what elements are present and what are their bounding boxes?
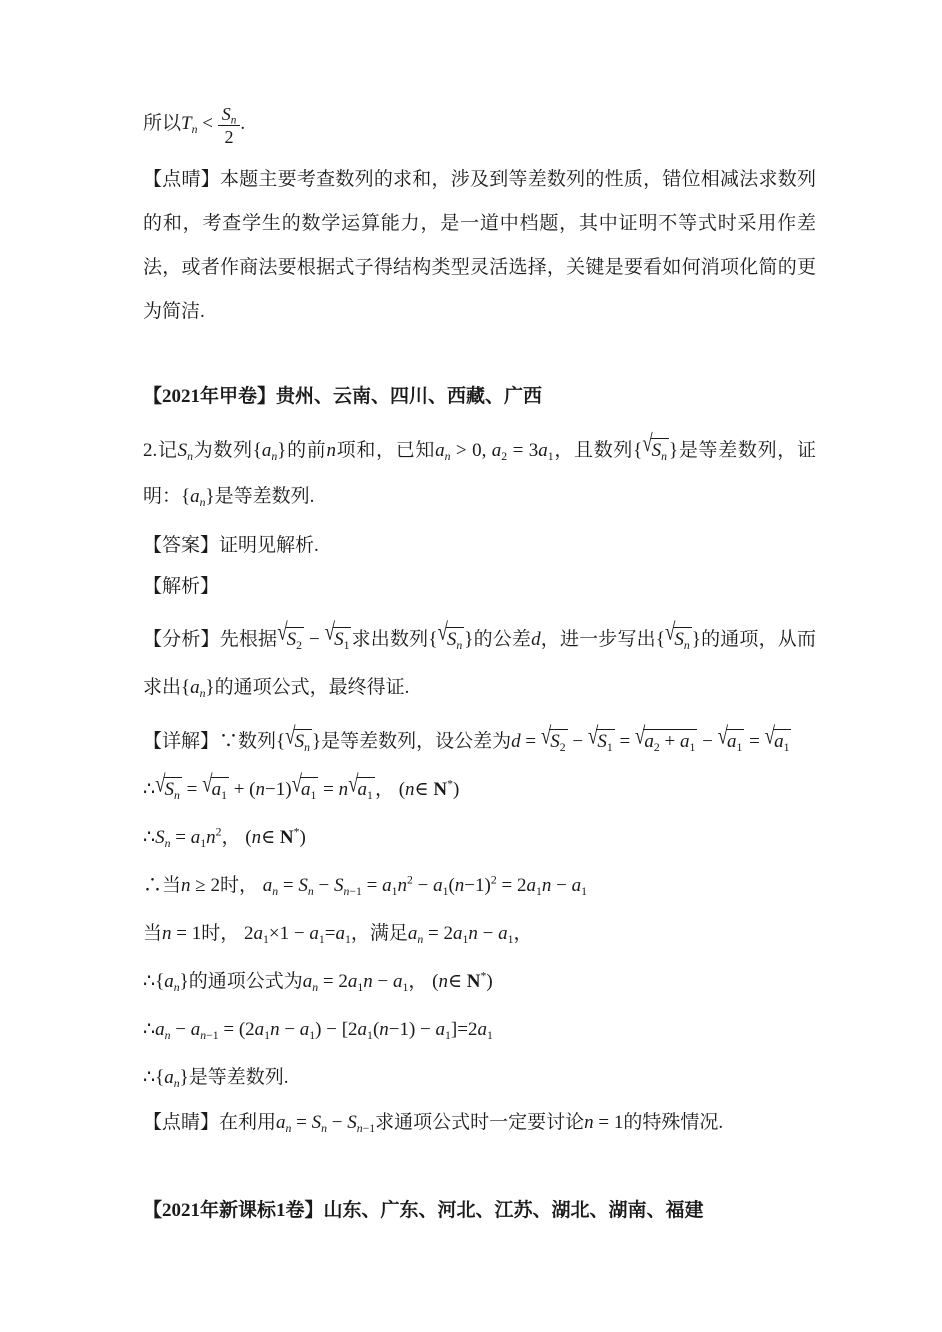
sqrt-radical: √Sn xyxy=(285,731,312,752)
math-run: Sn xyxy=(178,440,193,461)
math-run: {an} xyxy=(181,677,215,698)
text-run: ， xyxy=(408,971,432,992)
detail-line-7: ∴an − an−1 = (2a1n − a1) − [2a1(n−1) − a… xyxy=(143,1012,816,1047)
section-header-2021-xinkebiao: 【2021年新课标1卷】山东、广东、河北、江苏、湖北、湖南、福建 xyxy=(143,1198,816,1224)
text-run: 【分析】先根据 xyxy=(143,629,277,650)
math-run: (n∈ N*) xyxy=(399,779,460,800)
text-run: 项和，已知 xyxy=(336,440,435,461)
text-run: 【2021年甲卷】贵州、云南、四川、西藏、广西 xyxy=(143,386,542,407)
math-run: Tn < Sn2 xyxy=(181,113,240,134)
sqrt-radical: √S2 xyxy=(541,731,568,752)
sqrt-radical: √a1 xyxy=(348,779,375,800)
text-run: 是等差数列，设公差为 xyxy=(321,731,511,752)
math-run: {an} xyxy=(155,1067,189,1088)
analysis-paragraph: 【分析】先根据√S2 − √S1求出数列{√Sn}的公差d，进一步写出{√Sn}… xyxy=(143,616,816,712)
detail-line-2: ∴√Sn = √a1 + (n−1)√a1 = n√a1， (n∈ N*) xyxy=(143,772,816,807)
text-run: 的通项公式为 xyxy=(189,971,303,992)
text-run: 是等差数列. xyxy=(189,1067,289,1088)
sqrt-radical: √a1 xyxy=(292,779,319,800)
math-run: an = 2a1n − a1 xyxy=(303,971,409,992)
detail-line-3: ∴Sn = a1n2， (n∈ N*) xyxy=(143,820,816,855)
detail-line-8: ∴{an}是等差数列. xyxy=(143,1060,816,1095)
sqrt-radical: √S1 xyxy=(588,731,615,752)
sqrt-radical: √S2 xyxy=(277,629,304,650)
text-run: ， xyxy=(513,923,532,944)
detail-line-4: ∴当n ≥ 2时， an = Sn − Sn−1 = a1n2 − a1(n−1… xyxy=(143,868,816,903)
text-run: 【点晴】本题主要考查数列的求和，涉及到等差数列的性质，错位相减法求数列的和，考查… xyxy=(143,169,816,322)
text-run: 的前 xyxy=(286,440,326,461)
text-run: 的通项公式，最终得证. xyxy=(215,677,410,698)
conclusion-line: 所以Tn < Sn2. xyxy=(143,104,816,148)
detail-line-1: 【详解】∵数列{√Sn}是等差数列，设公差为d = √S2 − √S1 = √a… xyxy=(143,724,816,759)
text-run: 的特殊情况. xyxy=(623,1112,723,1133)
sqrt-radical: √Sn xyxy=(437,629,464,650)
text-run: ，进一步写出 xyxy=(541,629,656,650)
sqrt-radical: √S1 xyxy=(325,629,352,650)
sqrt-radical: √a2 + a1 xyxy=(635,731,697,752)
text-run: 求通项公式时一定要讨论 xyxy=(375,1112,584,1133)
remark-paragraph: 【点晴】本题主要考查数列的求和，涉及到等差数列的性质，错位相减法求数列的和，考查… xyxy=(143,158,816,334)
math-run: n xyxy=(326,440,336,461)
math-run: {√Sn} xyxy=(276,731,321,752)
final-remark: 【点睛】在利用an = Sn − Sn−1求通项公式时一定要讨论n = 1的特殊… xyxy=(143,1108,816,1138)
document-page: 所以Tn < Sn2. 【点晴】本题主要考查数列的求和，涉及到等差数列的性质，错… xyxy=(0,0,942,1332)
text-run: ，满足 xyxy=(351,923,408,944)
sqrt-radical: √Sn xyxy=(665,629,692,650)
math-run: {an} xyxy=(253,440,287,461)
text-run: 【答案】证明见解析. xyxy=(143,535,319,556)
math-run: an = Sn − Sn−1 xyxy=(276,1112,375,1133)
problem-2-statement: 2.记Sn为数列{an}的前n项和，已知an > 0, a2 = 3a1，且数列… xyxy=(143,428,816,520)
math-run: (n∈ N*) xyxy=(432,971,493,992)
math-run: 2a1×1 − a1=a1 xyxy=(244,923,351,944)
math-run: {√Sn} xyxy=(656,629,701,650)
text-run: 【2021年新课标1卷】山东、广东、河北、江苏、湖北、湖南、福建 xyxy=(143,1200,704,1221)
math-run: an > 0, a2 = 3a1 xyxy=(435,440,554,461)
math-run: {√Sn} xyxy=(633,440,678,461)
text-run: ∴ xyxy=(143,1019,155,1040)
sqrt-radical: √Sn xyxy=(155,779,182,800)
sqrt-radical: √a1 xyxy=(718,731,745,752)
text-run: ∴ xyxy=(143,779,155,800)
text-run: ∴当 xyxy=(143,875,181,896)
text-run: ， xyxy=(221,827,245,848)
math-run: an = 2a1n − a1 xyxy=(408,923,514,944)
sqrt-radical: √a1 xyxy=(765,731,792,752)
text-run: ∴ xyxy=(143,827,155,848)
sqrt-radical: √Sn xyxy=(642,440,669,461)
analysis-label: 【解析】 xyxy=(143,575,816,599)
math-run: an − an−1 = (2a1n − a1) − [2a1(n−1) − a1… xyxy=(155,1019,493,1040)
text-run: 的公差 xyxy=(473,629,531,650)
text-run: 时， xyxy=(220,875,263,896)
section-header-2021-jia: 【2021年甲卷】贵州、云南、四川、西藏、广西 xyxy=(143,384,816,410)
math-run: n ≥ 2 xyxy=(181,875,220,896)
text-run: 求出数列 xyxy=(351,629,428,650)
math-run: n = 1 xyxy=(584,1112,623,1133)
math-run: {an} xyxy=(181,486,215,507)
text-run: ∴ xyxy=(143,1067,155,1088)
math-run: √S2 − √S1 xyxy=(277,629,351,650)
math-run: d xyxy=(531,629,541,650)
text-run: ，且数列 xyxy=(554,440,633,461)
text-run: 【详解】∵数列 xyxy=(143,731,276,752)
answer-line: 【答案】证明见解析. xyxy=(143,534,816,558)
math-run: Sn = a1n2 xyxy=(155,827,221,848)
text-run: ∴ xyxy=(143,971,155,992)
math-run: {an} xyxy=(155,971,189,992)
text-run: 2.记 xyxy=(143,440,178,461)
text-run: 【解析】 xyxy=(143,576,219,597)
text-run: 当 xyxy=(143,923,162,944)
math-run: (n∈ N*) xyxy=(245,827,306,848)
math-run: an = Sn − Sn−1 = a1n2 − a1(n−1)2 = 2a1n … xyxy=(263,875,587,896)
detail-line-6: ∴{an}的通项公式为an = 2a1n − a1， (n∈ N*) xyxy=(143,964,816,999)
detail-line-5: 当n = 1时， 2a1×1 − a1=a1，满足an = 2a1n − a1， xyxy=(143,916,816,951)
text-run: . xyxy=(240,113,245,134)
text-run: 为数列 xyxy=(193,440,253,461)
math-run: d = √S2 − √S1 = √a2 + a1 − √a1 = √a1 xyxy=(511,731,791,752)
text-run: 【点睛】在利用 xyxy=(143,1112,276,1133)
sqrt-radical: √a1 xyxy=(202,779,229,800)
text-run: ， xyxy=(375,779,399,800)
math-run: √Sn = √a1 + (n−1)√a1 = n√a1 xyxy=(155,779,375,800)
fraction: Sn2 xyxy=(218,104,241,147)
text-run: 是等差数列. xyxy=(215,486,315,507)
math-run: n = 1 xyxy=(162,923,201,944)
text-run: 所以 xyxy=(143,113,181,134)
math-run: {√Sn} xyxy=(428,629,473,650)
text-run: 时， xyxy=(201,923,244,944)
